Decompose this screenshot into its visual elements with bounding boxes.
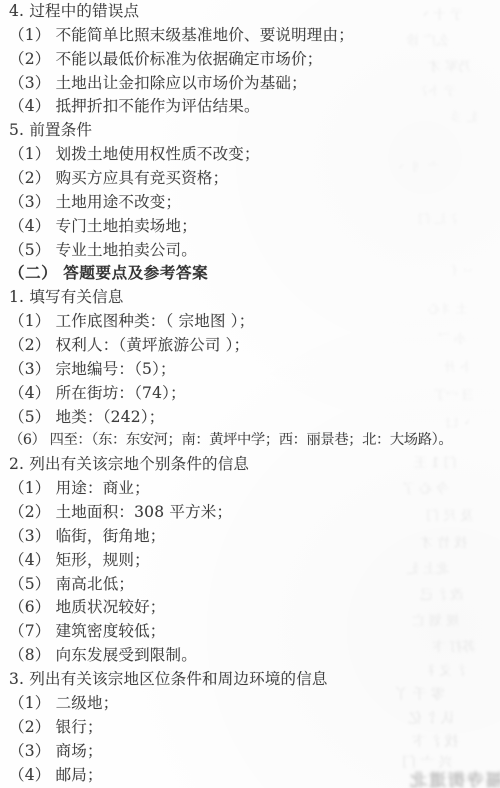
list-item: （7） 建筑密度较低； [9, 620, 500, 644]
list-item: （2） 银行； [9, 716, 500, 740]
list-item: （1） 不能简单比照末级基准地价、要说明理由； [9, 24, 500, 48]
list-item: （4） 专门土地拍卖场地； [9, 215, 500, 239]
list-item: （5） 地类：（242）； [9, 406, 500, 430]
list-item: （4） 矩形，规则； [9, 549, 500, 573]
list-item: （3） 土地出让金扣除应以市场价为基础； [9, 72, 500, 96]
list-item: （2） 购买方应具有竞买资格； [9, 167, 500, 191]
section-heading: 2. 列出有关该宗地个别条件的信息 [9, 453, 500, 477]
list-item: （4） 所在街坊：（74）； [9, 382, 500, 406]
section-heading: 3. 列出有关该宗地区位条件和周边环境的信息 [9, 668, 500, 692]
list-item: （5） 专业土地拍卖公司。 [9, 239, 500, 263]
list-item: （6） 地质状况较好； [9, 596, 500, 620]
list-item: （3） 临街，街角地； [9, 525, 500, 549]
list-item: （4） 抵押折扣不能作为评估结果。 [9, 95, 500, 119]
list-item: （1） 用途：商业； [9, 477, 500, 501]
list-item: （3） 土地用途不改变； [9, 191, 500, 215]
list-item: （6） 四至：（东：东安河；南：黄坪中学；西：丽景巷；北：大场路）。 [9, 429, 500, 453]
list-item: （8） 向东发展受到限制。 [9, 644, 500, 668]
list-item: （2） 权利人：（黄坪旅游公司 ）； [9, 334, 500, 358]
list-item: （2） 不能以最低价标准为依据确定市场价； [9, 48, 500, 72]
list-item: （1） 工作底图种类：（ 宗地图 ）； [9, 310, 500, 334]
list-item: （4） 邮局； [9, 764, 500, 788]
document-text-column: 4. 过程中的错误点（1） 不能简单比照末级基准地价、要说明理由；（2） 不能以… [9, 0, 500, 787]
list-item: （3） 宗地编号：（5）； [9, 358, 500, 382]
list-item: （2） 土地面积：308 平方米； [9, 501, 500, 525]
list-item: （1） 二级地； [9, 692, 500, 716]
list-item: （1） 划拨土地使用权性质不改变； [9, 143, 500, 167]
section-heading: 5. 前置条件 [9, 119, 500, 143]
part-heading: （二） 答题要点及参考答案 [9, 262, 500, 286]
scanned-document-page: 4. 过程中的错误点（1） 不能简单比照末级基准地价、要说明理由；（2） 不能以… [0, 0, 500, 788]
section-heading: 1. 填写有关信息 [9, 286, 500, 310]
list-item: （3） 商场； [9, 740, 500, 764]
list-item: （5） 南高北低； [9, 573, 500, 597]
section-heading: 4. 过程中的错误点 [9, 0, 500, 24]
